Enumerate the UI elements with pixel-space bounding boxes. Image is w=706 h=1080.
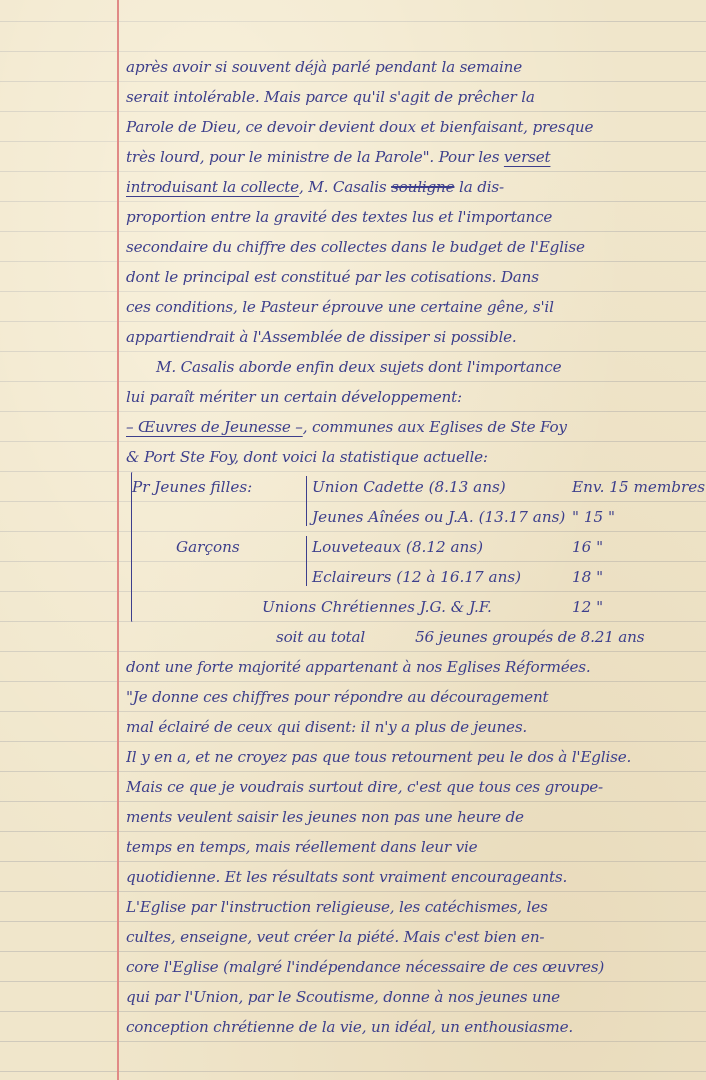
- text-line: quotidienne. Et les résultats sont vraim…: [126, 862, 701, 892]
- stat-group: [126, 592, 262, 622]
- text-line: core l'Eglise (malgré l'indépendance néc…: [126, 952, 701, 982]
- text-line: Parole de Dieu, ce devoir devient doux e…: [126, 112, 701, 142]
- text-line: L'Eglise par l'instruction religieuse, l…: [126, 892, 701, 922]
- text-line: ces conditions, le Pasteur éprouve une c…: [126, 292, 701, 322]
- text-line: Il y en a, et ne croyez pas que tous ret…: [126, 742, 701, 772]
- ledger-page: après avoir si souvent déjà parlé pendan…: [0, 0, 706, 1080]
- stat-name: Jeunes Aînées ou J.A. (13.17 ans): [312, 502, 572, 532]
- text-line: cultes, enseigne, veut créer la piété. M…: [126, 922, 701, 952]
- girls-brace: [306, 476, 309, 526]
- text-line: mal éclairé de ceux qui disent: il n'y a…: [126, 712, 701, 742]
- red-margin-line: [117, 0, 119, 1080]
- text-line: très lourd, pour le ministre de la Parol…: [126, 142, 701, 172]
- boys-brace: [306, 536, 309, 586]
- stat-row: Garçons Louveteaux (8.12 ans) 16 ": [126, 532, 701, 562]
- text-line: ments veulent saisir les jeunes non pas …: [126, 802, 701, 832]
- underlined-word: verset: [504, 148, 551, 166]
- stat-count: 12 ": [572, 592, 682, 622]
- text-line: conception chrétienne de la vie, un idéa…: [126, 1012, 701, 1042]
- text-line: après avoir si souvent déjà parlé pendan…: [126, 52, 701, 82]
- stat-row: Eclaireurs (12 à 16.17 ans) 18 ": [126, 562, 701, 592]
- stat-row: Jeunes Aînées ou J.A. (13.17 ans) " 15 ": [126, 502, 701, 532]
- text-line: introduisant la collecte, M. Casalis sou…: [126, 172, 701, 202]
- text-line: serait intolérable. Mais parce qu'il s'a…: [126, 82, 701, 112]
- handwritten-text: après avoir si souvent déjà parlé pendan…: [126, 52, 701, 1042]
- stat-name: Eclaireurs (12 à 16.17 ans): [312, 562, 572, 592]
- text-line: appartiendrait à l'Assemblée de dissiper…: [126, 322, 701, 352]
- text-line: qui par l'Union, par le Scoutisme, donne…: [126, 982, 701, 1012]
- stat-row: Unions Chrétiennes J.G. & J.F. 12 ": [126, 592, 701, 622]
- underlined-phrase: introduisant la collecte: [126, 178, 299, 196]
- stat-total: soit au total56 jeunes groupés de 8.21 a…: [126, 622, 701, 652]
- stat-group: [126, 502, 312, 532]
- text-line: dont une forte majorité appartenant à no…: [126, 652, 701, 682]
- stat-name: Louveteaux (8.12 ans): [312, 532, 572, 562]
- stat-group: [126, 562, 312, 592]
- text-line: proportion entre la gravité des textes l…: [126, 202, 701, 232]
- section-heading: – Œuvres de Jeunesse –: [126, 418, 303, 436]
- text-line: "Je donne ces chiffres pour répondre au …: [126, 682, 701, 712]
- stat-group: Garçons: [126, 532, 312, 562]
- stat-row: Pr Jeunes filles: Union Cadette (8.13 an…: [126, 472, 701, 502]
- stat-name: Unions Chrétiennes J.G. & J.F.: [262, 592, 572, 622]
- text-line: secondaire du chiffre des collectes dans…: [126, 232, 701, 262]
- stat-name: Union Cadette (8.13 ans): [312, 472, 572, 502]
- left-brace: [131, 472, 134, 622]
- text-line: M. Casalis aborde enfin deux sujets dont…: [126, 352, 701, 382]
- stat-count: 16 ": [572, 532, 682, 562]
- text-line: Mais ce que je voudrais surtout dire, c'…: [126, 772, 701, 802]
- stat-group: Pr Jeunes filles:: [126, 472, 312, 502]
- overwritten-word: souligne: [391, 178, 454, 196]
- stat-count: 18 ": [572, 562, 682, 592]
- text-line: & Port Ste Foy, dont voici la statistiqu…: [126, 442, 701, 472]
- stat-count: Env. 15 membres: [572, 472, 682, 502]
- text-line: dont le principal est constitué par les …: [126, 262, 701, 292]
- text-line: – Œuvres de Jeunesse –, communes aux Egl…: [126, 412, 701, 442]
- text-line: temps en temps, mais réellement dans leu…: [126, 832, 701, 862]
- text-line: lui paraît mériter un certain développem…: [126, 382, 701, 412]
- stat-count: " 15 ": [572, 502, 682, 532]
